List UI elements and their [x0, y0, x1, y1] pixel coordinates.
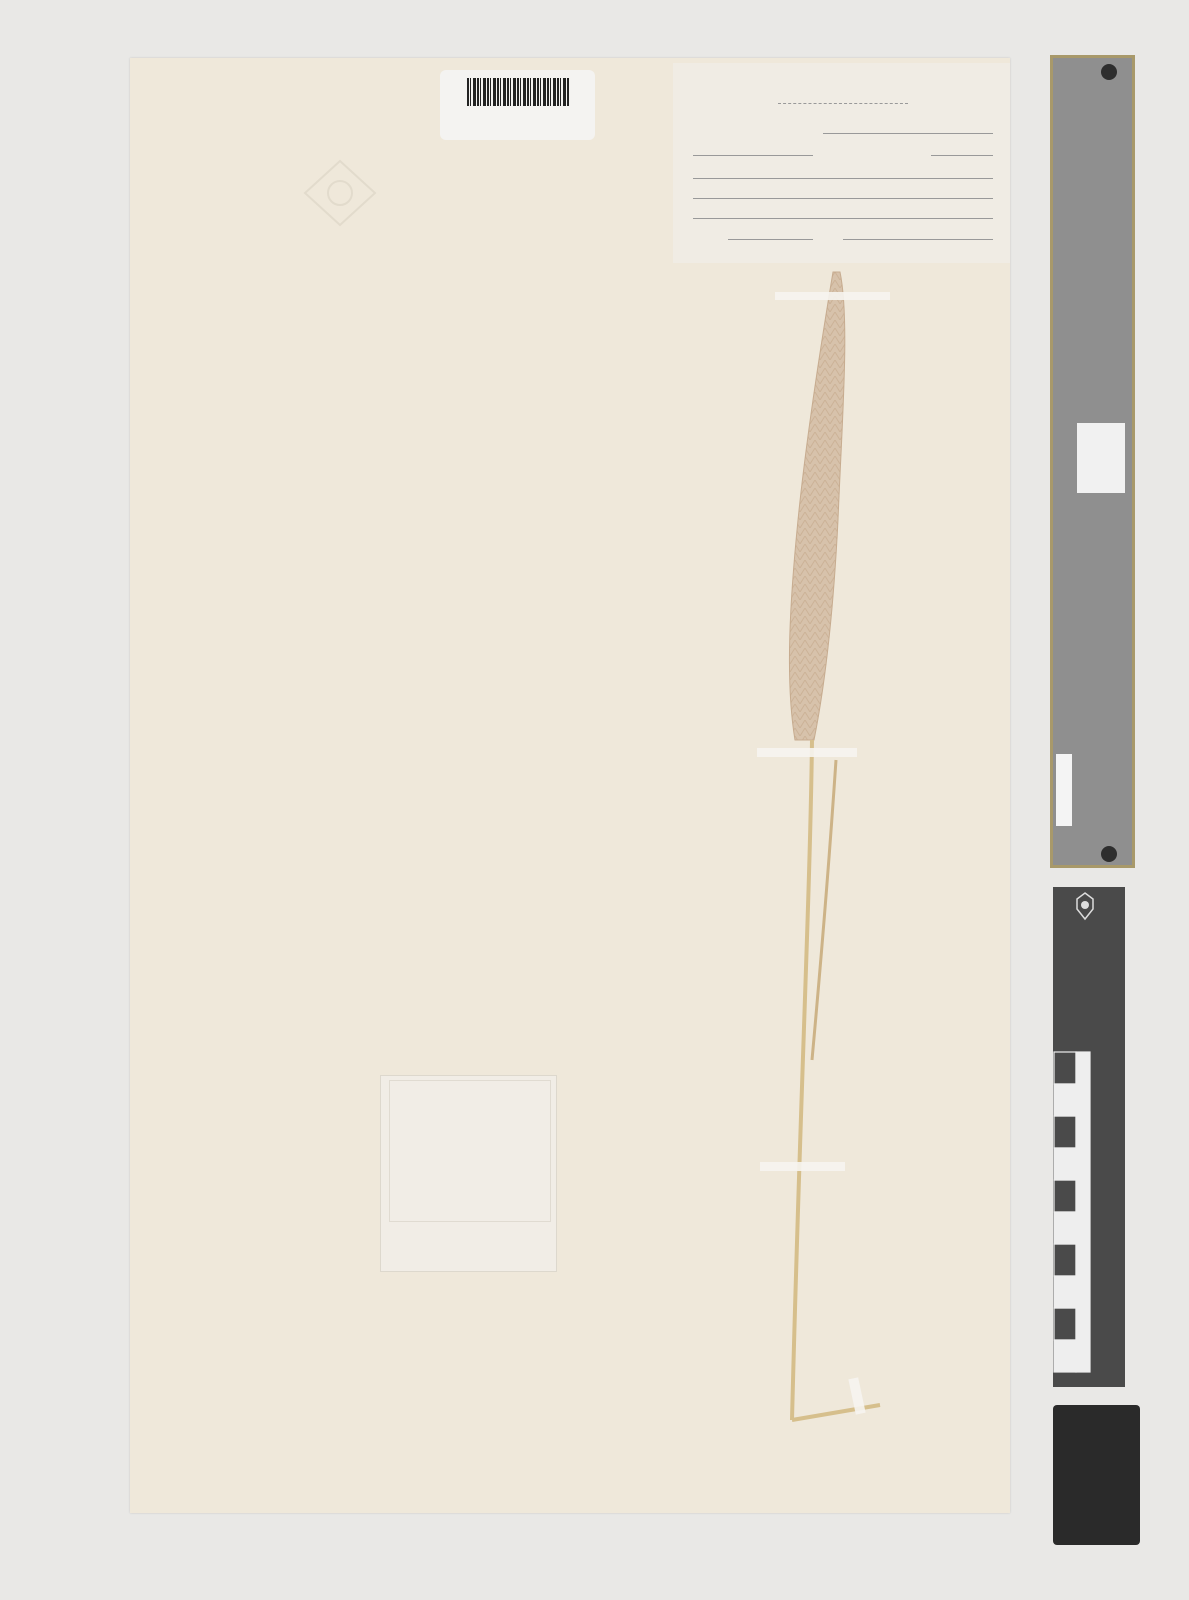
- color-checker-card: [1053, 1405, 1140, 1545]
- gray-target-patch: [1077, 423, 1125, 493]
- label-rule: [728, 239, 813, 240]
- label-rule: [693, 178, 993, 179]
- label-rule: [931, 155, 993, 156]
- herbarium-sheet: [130, 58, 1010, 1513]
- punch-hole: [1101, 846, 1117, 862]
- barcode-label: [440, 70, 595, 140]
- label-rule: [823, 133, 993, 134]
- label-rule: [693, 218, 993, 219]
- color-calibration-ruler: [1050, 55, 1135, 868]
- label-rule: [693, 198, 993, 199]
- scale-blocks: [1053, 1050, 1091, 1387]
- label-rule: [778, 103, 908, 104]
- ruler-id-tag: [1056, 754, 1072, 826]
- packet-flap: [389, 1080, 551, 1222]
- label-rule: [843, 239, 993, 240]
- label-rule: [693, 155, 813, 156]
- barcode-icon: [467, 78, 569, 106]
- kew-scale-bar: [1053, 887, 1125, 1387]
- fragment-packet[interactable]: [380, 1075, 557, 1272]
- herbarium-label: [673, 63, 1010, 263]
- kew-crest-icon: [1069, 891, 1101, 921]
- punch-hole: [1101, 64, 1117, 80]
- embossed-seal-icon: [295, 153, 385, 233]
